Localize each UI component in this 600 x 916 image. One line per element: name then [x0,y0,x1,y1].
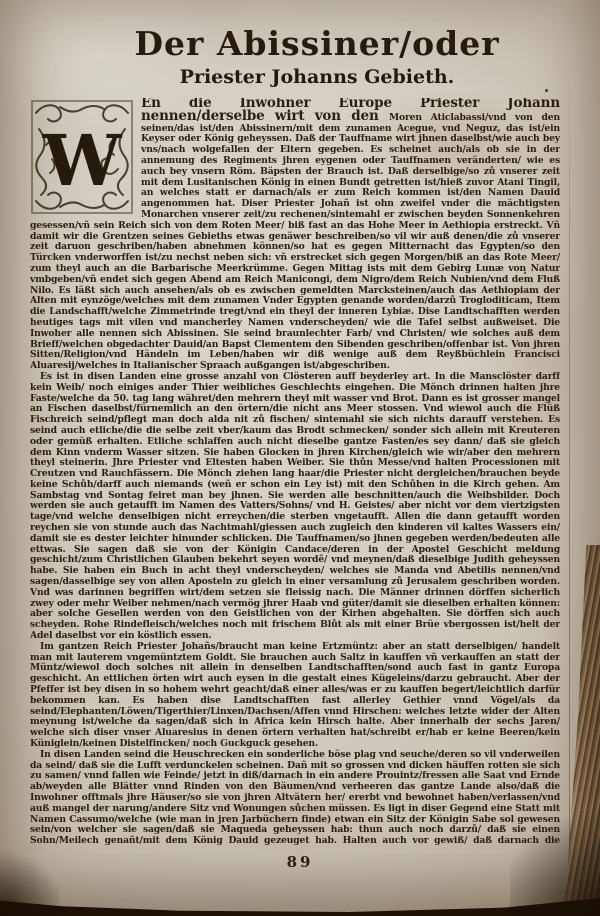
page-number: 89 [0,853,600,871]
paragraph-3: Im gantzen Reich Priester Johañs/braucht… [30,642,560,750]
ornamental-initial-art: W [30,99,134,215]
body-text: W En die Inwohner Europe Priester Johann… [30,98,560,846]
paragraph-1: W En die Inwohner Europe Priester Johann… [30,98,560,372]
paragraph-4: In disen Landen seind die Heuschrecken e… [30,750,560,846]
book-bottom-edge [0,894,600,916]
page-content: Der Abissiner/oder Priester Johanns Gebi… [30,24,560,846]
paragraph-2: Es ist in disen Landen eine grosse anzah… [30,372,560,642]
page-title: Der Abissiner/oder [52,24,582,64]
ornamental-initial: W [30,99,134,215]
book-photo: Der Abissiner/oder Priester Johanns Gebi… [0,0,600,916]
drop-cap-letter: W [42,119,123,202]
page-subtitle: Priester Johanns Gebieth. [52,65,582,89]
book-page: Der Abissiner/oder Priester Johanns Gebi… [0,0,600,916]
page-crease [569,50,570,870]
